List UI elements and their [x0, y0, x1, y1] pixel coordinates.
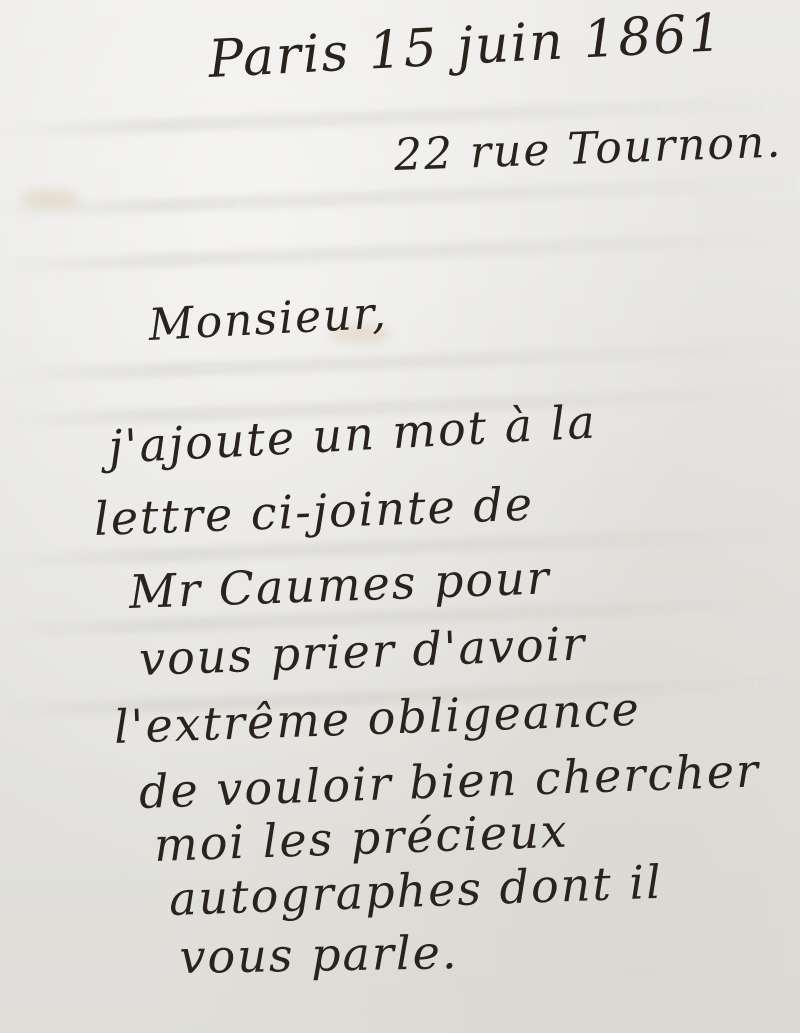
letter-address: 22 rue Tournon.: [393, 116, 783, 181]
letter-date: Paris 15 juin 1861: [207, 3, 725, 90]
ink-bleed-through: [0, 176, 800, 218]
paper-stain: [20, 190, 80, 208]
letter-page: Paris 15 juin 1861 22 rue Tournon. Monsi…: [0, 0, 800, 1033]
ink-bleed-through: [0, 231, 800, 273]
body-line: j'ajoute un mot à la: [107, 394, 598, 474]
body-line: vous parle.: [179, 925, 459, 984]
body-line: l'extrême obligeance: [113, 682, 642, 754]
ink-bleed-through: [0, 341, 800, 383]
body-line: lettre ci-jointe de: [93, 477, 535, 546]
